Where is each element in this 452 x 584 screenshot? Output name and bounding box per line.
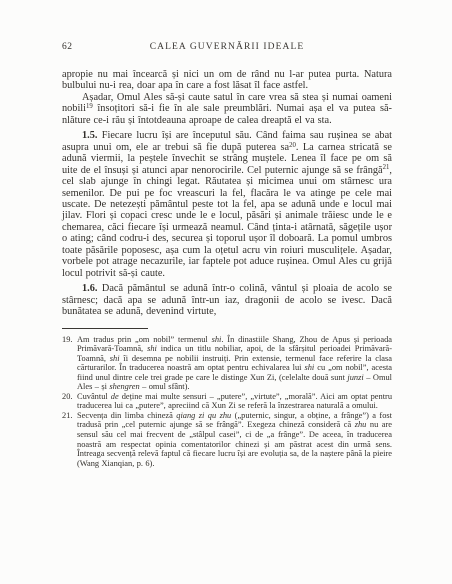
text-run: Dacă pământul se adună într-o colină, vâ… <box>62 283 392 317</box>
text-run: – omul sfânt). <box>140 382 190 391</box>
footnote-ref: 21 <box>383 164 390 171</box>
footnotes: 19.Am tradus prin „om nobil” termenul sh… <box>62 335 392 469</box>
page-number: 62 <box>62 42 73 52</box>
footnote-number: 21. <box>62 411 77 468</box>
text-run: deține mai multe sensuri – „putere”, „vi… <box>77 392 392 411</box>
text-run: apropie nu mai încearcă și nici un om de… <box>62 69 392 91</box>
footnote-text: Am tradus prin „om nobil” termenul shi. … <box>77 335 392 392</box>
body-text: apropie nu mai încearcă și nici un om de… <box>62 69 392 318</box>
footnote: 20.Cuvântul de deține mai multe sensuri … <box>62 392 392 411</box>
book-page: 62 CALEA GUVERNĂRII IDEALE apropie nu ma… <box>0 0 452 584</box>
paragraph: Așadar, Omul Ales să-și caute satul în c… <box>62 92 392 126</box>
text-run: Cuvântul <box>77 392 111 401</box>
text-run: junzi <box>347 373 363 382</box>
text-run: zhu <box>355 420 367 429</box>
footnote-number: 19. <box>62 335 77 392</box>
footnote-separator <box>62 328 148 329</box>
text-run: Am tradus prin „om nobil” termenul <box>77 335 212 344</box>
text-run: shi <box>110 354 120 363</box>
text-run: Secvența din limba chineză <box>77 411 176 420</box>
footnote-ref: 19 <box>86 103 93 110</box>
text-run: 1.5. <box>82 130 97 141</box>
paragraph: 1.6. Dacă pământul se adună într-o colin… <box>62 283 392 317</box>
footnote: 19.Am tradus prin „om nobil” termenul sh… <box>62 335 392 392</box>
paragraph: apropie nu mai încearcă și nici un om de… <box>62 69 392 92</box>
running-title: CALEA GUVERNĂRII IDEALE <box>62 42 392 52</box>
footnote-text: Cuvântul de deține mai multe sensuri – „… <box>77 392 392 411</box>
text-run: shengren <box>109 382 139 391</box>
text-run: de <box>111 392 119 401</box>
footnote: 21.Secvența din limba chineză qiang zi q… <box>62 411 392 468</box>
text-run: însoțitori să-i fie în ale sale preumblă… <box>62 103 392 125</box>
text-run: shi <box>304 363 314 372</box>
footnote-text: Secvența din limba chineză qiang zi qu z… <box>77 411 392 468</box>
text-run: shi <box>212 335 222 344</box>
footnote-ref: 20 <box>289 142 296 149</box>
footnote-number: 20. <box>62 392 77 411</box>
text-run: , cel slab ajunge în chingi legat. Răuta… <box>62 165 392 279</box>
running-head: 62 CALEA GUVERNĂRII IDEALE <box>62 42 392 56</box>
paragraph: 1.5. Fiecare lucru își are începutul său… <box>62 130 392 279</box>
text-run: shi <box>147 344 157 353</box>
text-run: 1.6. <box>82 283 97 294</box>
text-run: qiang zi qu zhu <box>176 411 231 420</box>
page-content: 62 CALEA GUVERNĂRII IDEALE apropie nu ma… <box>62 42 392 468</box>
